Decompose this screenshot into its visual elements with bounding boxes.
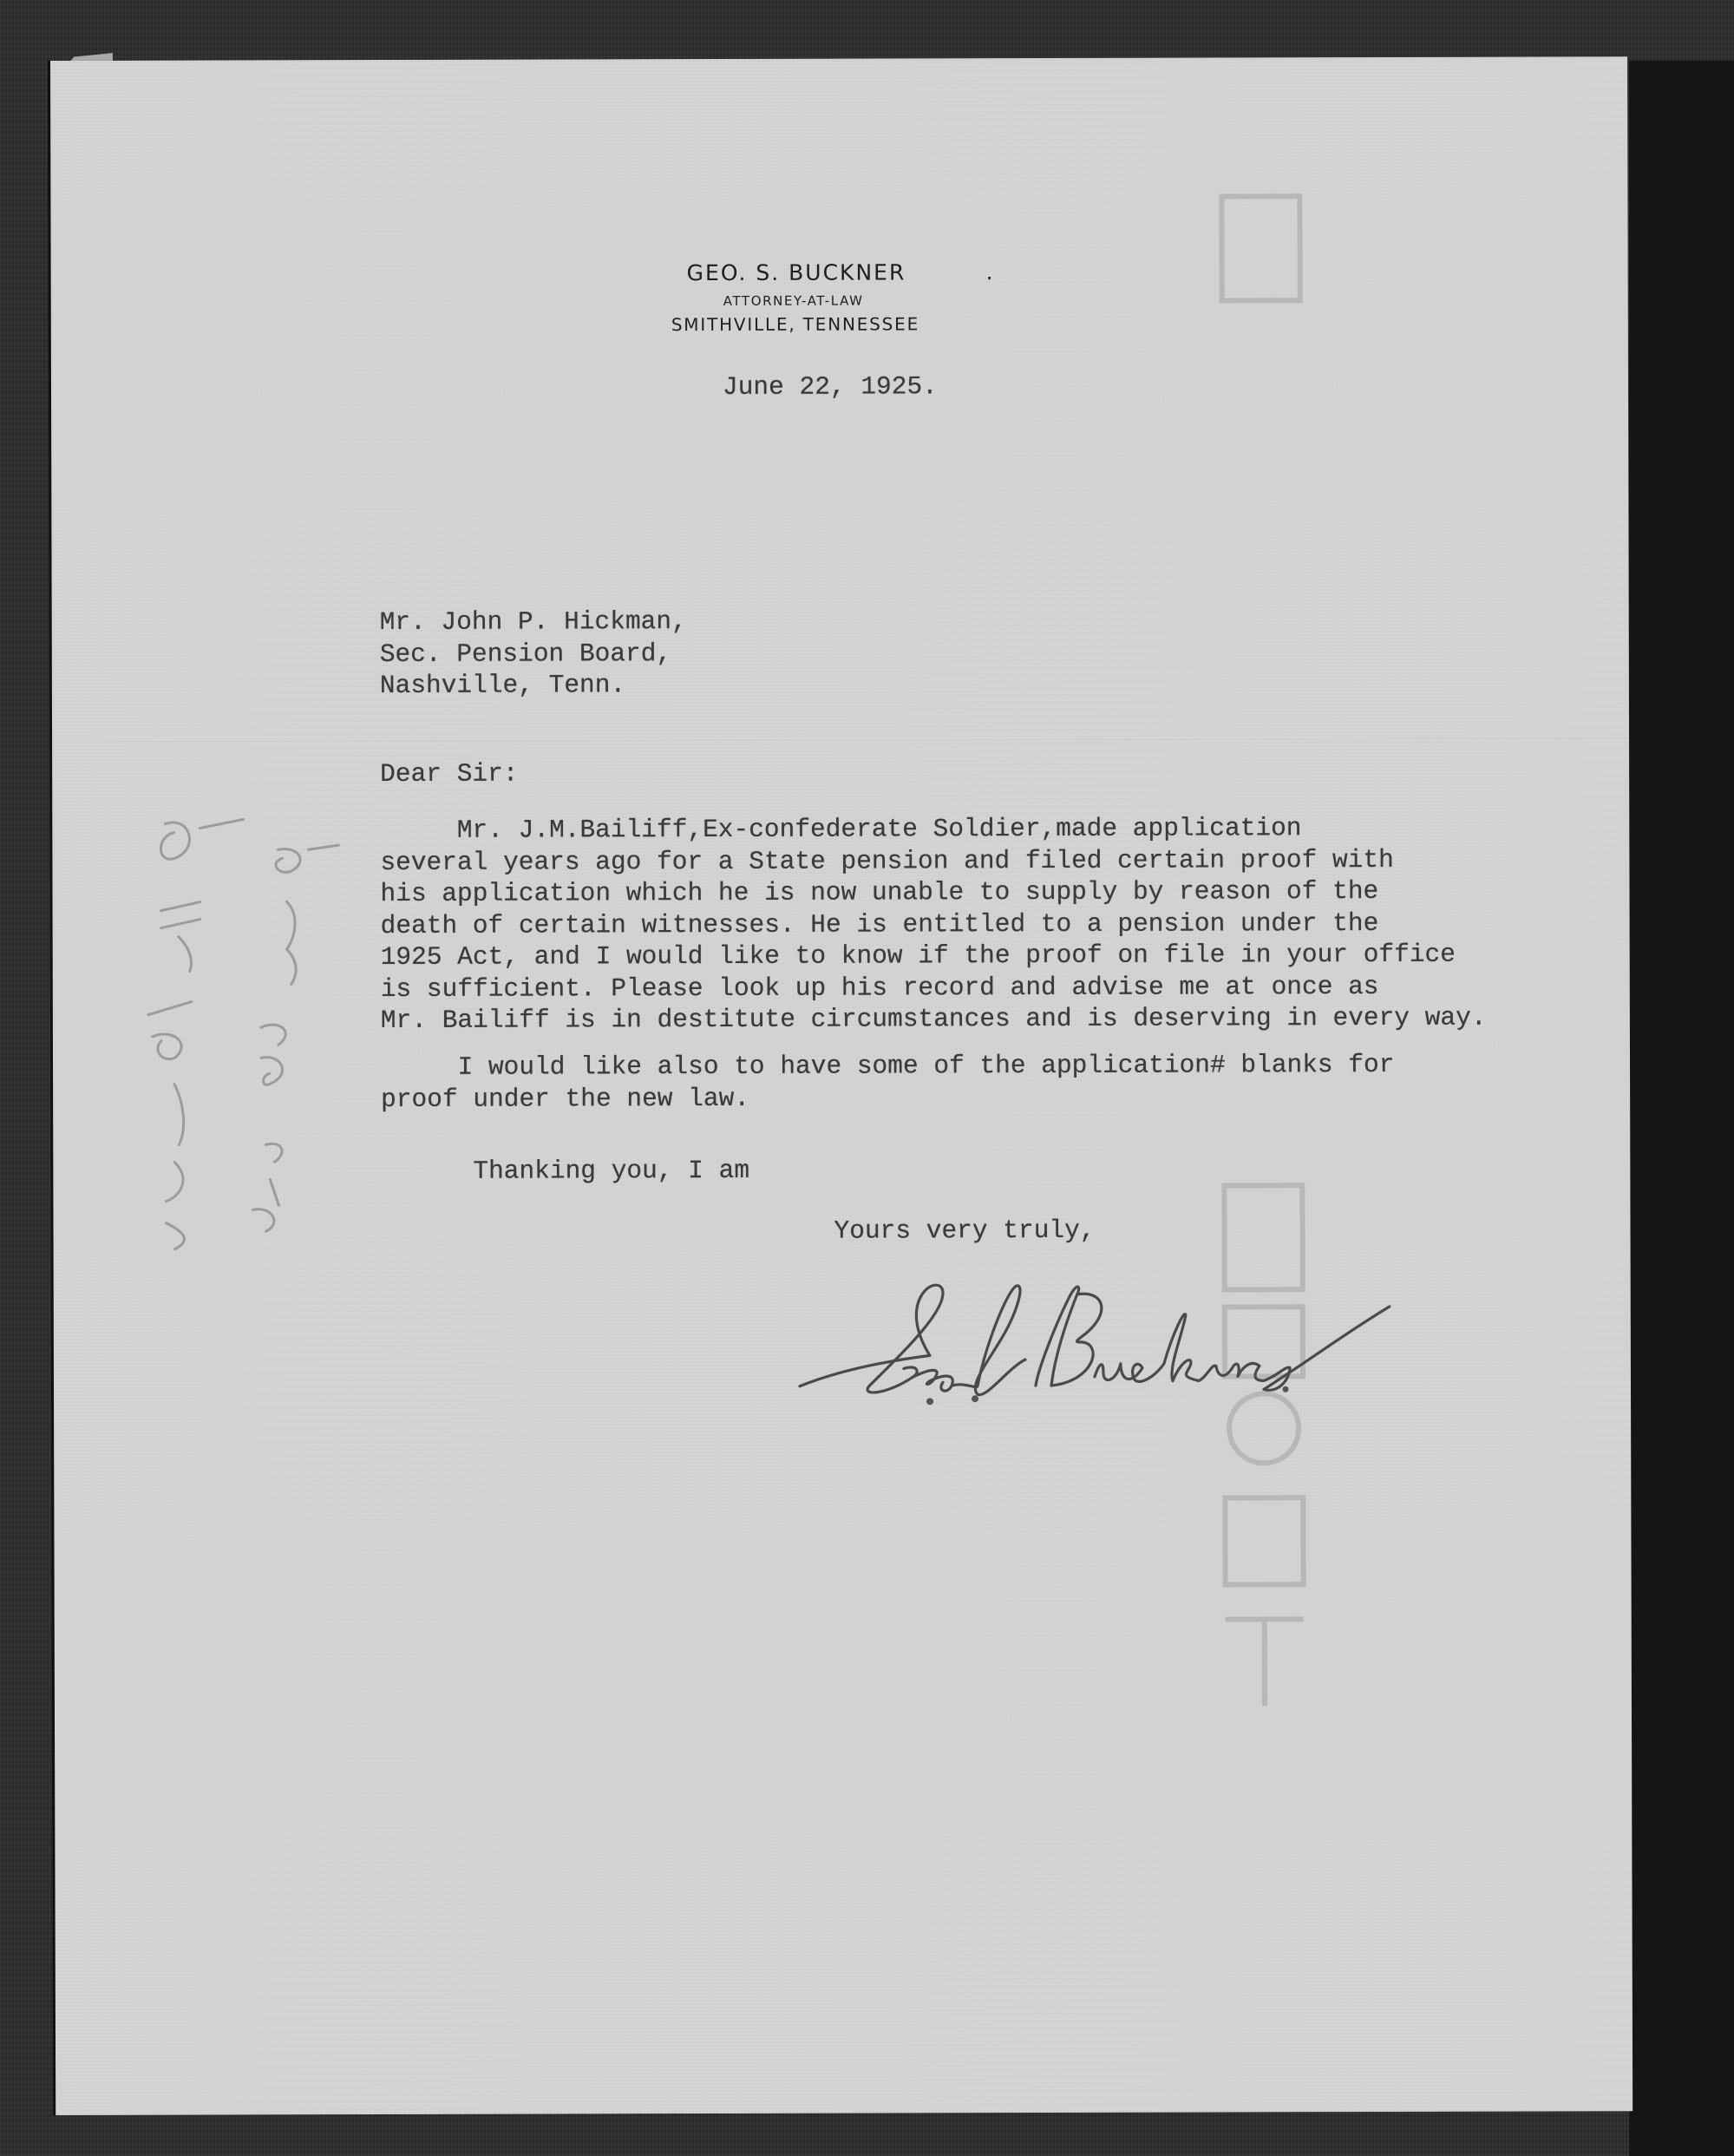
address-line: Nashville, Tenn.: [380, 669, 687, 701]
pencil-marginalia: [139, 797, 366, 1406]
letterhead-name: GEO. S. BUCKNER: [687, 259, 906, 285]
body-line: 1925 Act, and I would like to know if th…: [381, 939, 1487, 973]
signature-icon: [791, 1262, 1659, 1438]
address-line: Sec. Pension Board,: [380, 638, 687, 670]
closing-line: Thanking you, I am: [473, 1155, 749, 1187]
letterhead-mark: .: [986, 259, 993, 285]
letterhead: GEO. S. BUCKNER . ATTORNEY-AT-LAW SMITHV…: [51, 258, 1628, 262]
fold-line: [52, 736, 1629, 742]
body-line: I would like also to have some of the ap…: [381, 1049, 1394, 1084]
letter-date: June 22, 1925.: [723, 370, 938, 403]
body-line: proof under the new law.: [381, 1080, 1394, 1115]
complimentary-close: Yours very truly,: [834, 1215, 1095, 1247]
body-line: Mr. J.M.Bailiff,Ex-confederate Soldier,m…: [380, 812, 1486, 847]
address-line: Mr. John P. Hickman,: [380, 606, 687, 638]
salutation: Dear Sir:: [380, 758, 518, 790]
letterhead-title: ATTORNEY-AT-LAW: [723, 293, 864, 309]
body-line: Mr. Bailiff is in destitute circumstance…: [381, 1002, 1487, 1037]
body-line: several years ago for a State pension an…: [380, 843, 1486, 878]
body-paragraph-1: Mr. J.M.Bailiff,Ex-confederate Soldier,m…: [380, 812, 1486, 1037]
letterhead-location: SMITHVILLE, TENNESSEE: [671, 313, 919, 335]
body-paragraph-2: I would like also to have some of the ap…: [381, 1049, 1395, 1115]
body-line: is sufficient. Please look up his record…: [381, 970, 1487, 1005]
scanner-backdrop-strip: [1629, 61, 1734, 2156]
body-line: death of certain witnesses. He is entitl…: [381, 907, 1487, 941]
body-line: his application which he is now unable t…: [380, 875, 1486, 910]
letter-page: GEO. S. BUCKNER . ATTORNEY-AT-LAW SMITHV…: [50, 56, 1633, 2115]
recipient-address: Mr. John P. Hickman,Sec. Pension Board,N…: [380, 606, 687, 701]
